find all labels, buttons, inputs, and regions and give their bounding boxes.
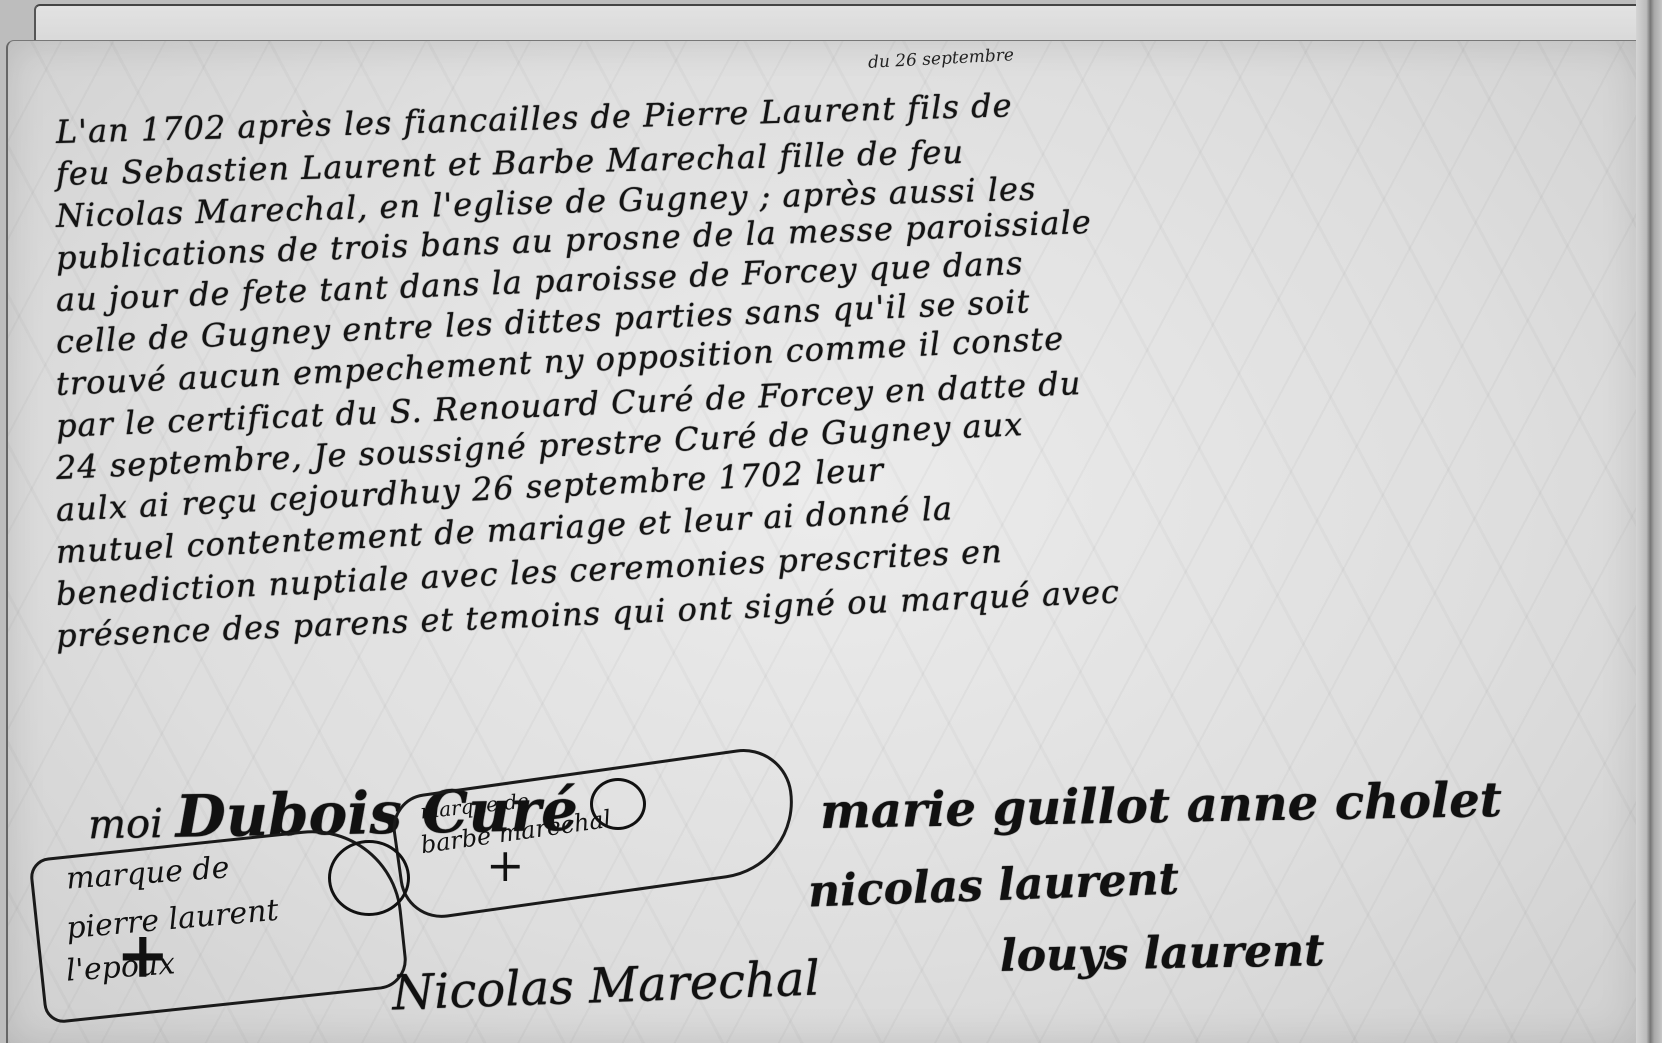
interlineation-date: du 26 septembre (868, 45, 1015, 73)
mark-loop-flourish (328, 840, 410, 916)
witness-signature: louys laurent (1000, 925, 1325, 982)
cross-mark-icon: + (116, 918, 170, 993)
binding-edge (1636, 0, 1662, 1043)
cross-mark-icon: + (486, 838, 525, 892)
entry-body: L'an 1702 après les fiancailles de Pierr… (56, 111, 1626, 657)
witness-signature: marie guillot anne cholet (820, 772, 1503, 840)
curate-prefix: moi (88, 801, 164, 848)
